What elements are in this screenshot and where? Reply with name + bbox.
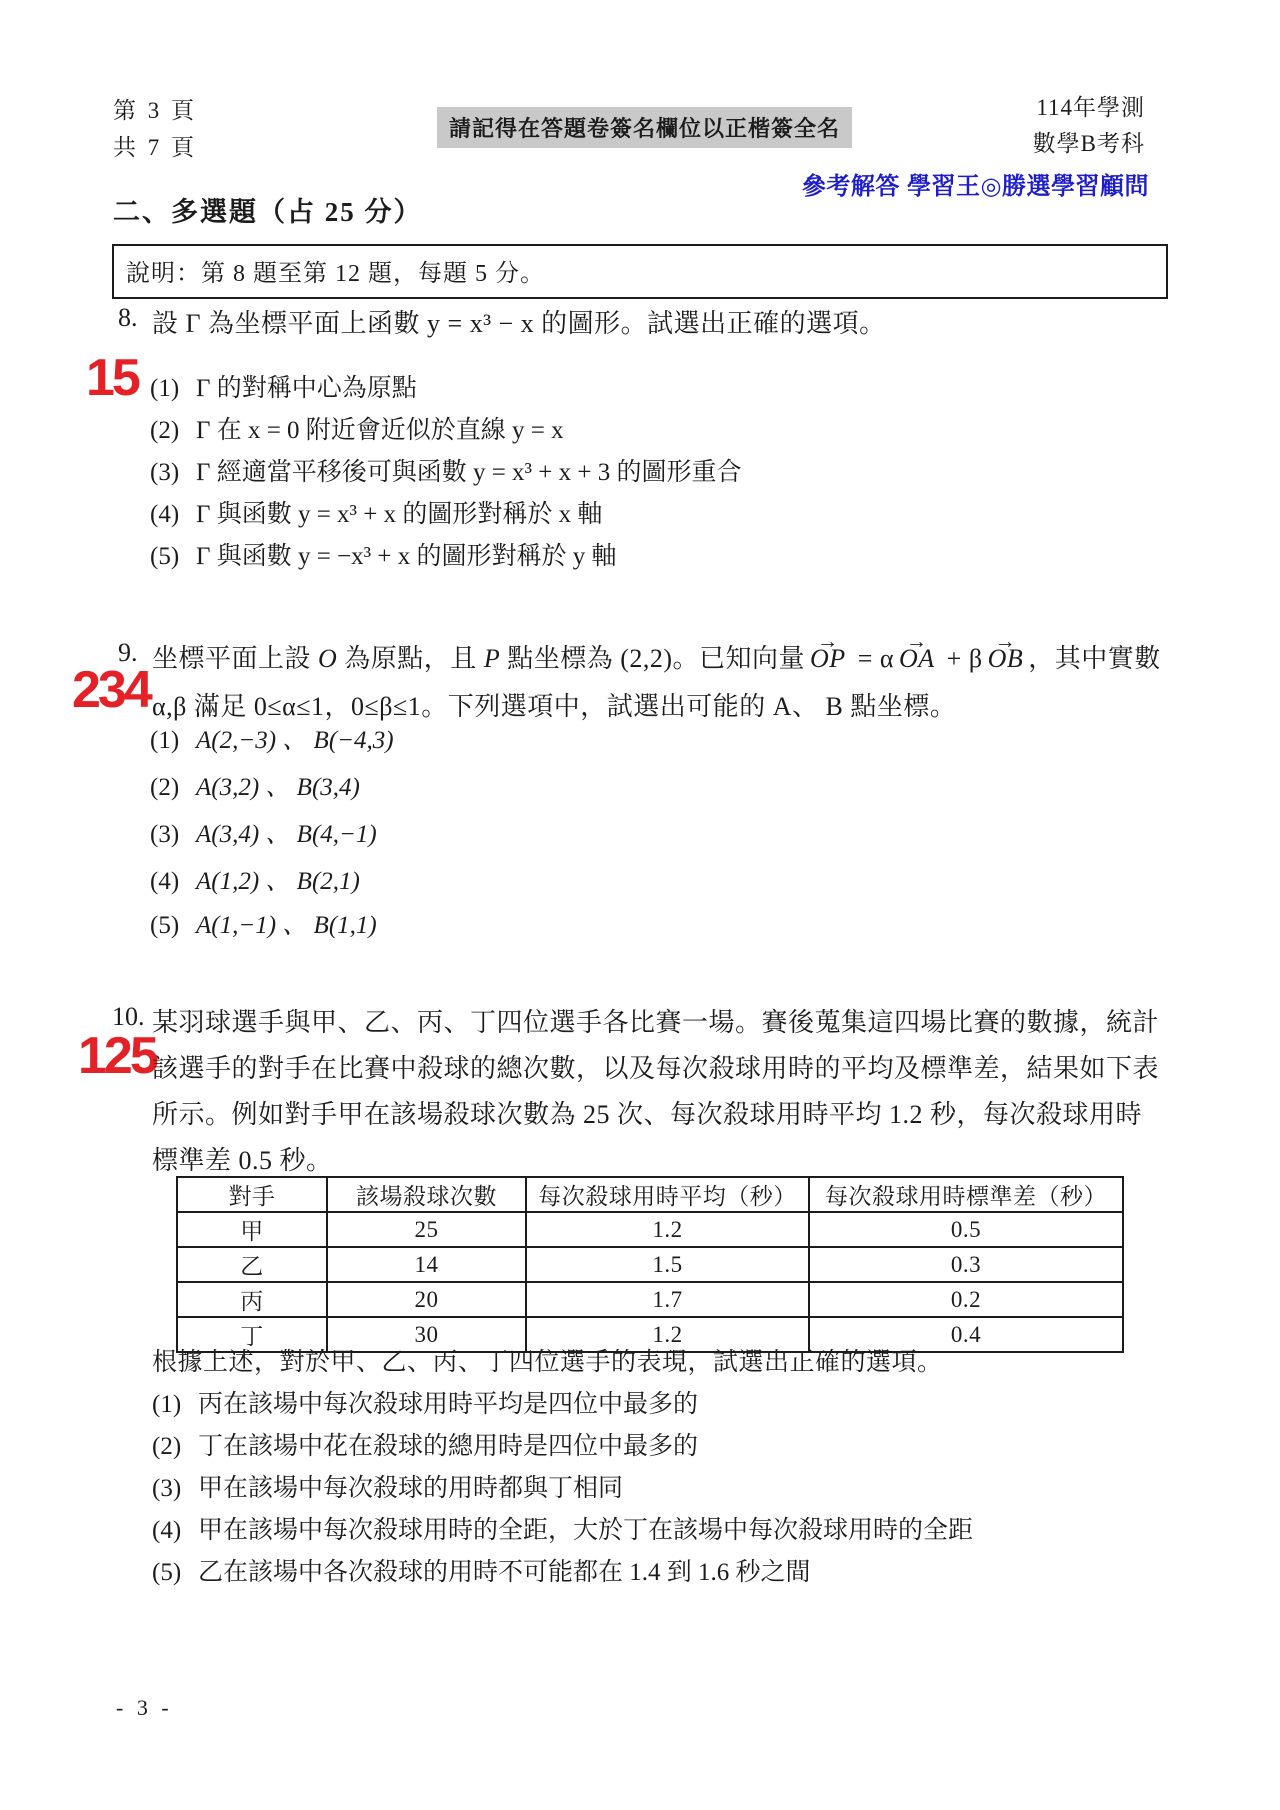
option-text: A(3,2) 、 B(3,4) (196, 774, 360, 801)
question-stem-q10-line3: 所示。例如對手甲在該場殺球次數為 25 次、每次殺球用時平均 1.2 秒，每次殺… (152, 1094, 1142, 1131)
option-row-q9-4: (4)A(1,2) 、 B(2,1) (150, 861, 360, 897)
table-header-row: 對手 該場殺球次數 每次殺球用時平均（秒） 每次殺球用時標準差（秒） (177, 1177, 1123, 1212)
option-label: (2) (150, 417, 196, 445)
option-row-q10-3: (3)甲在該場中每次殺球的用時都與丁相同 (152, 1468, 623, 1504)
exam-page: 第 3 頁 共 7 頁 請記得在答題卷簽名欄位以正楷簽全名 114年學測 數學B… (0, 0, 1280, 1810)
option-label: (3) (152, 1475, 198, 1503)
vector-ob: OB (987, 644, 1025, 674)
option-text: 丙在該場中每次殺球用時平均是四位中最多的 (198, 1391, 698, 1418)
question-lead-q10: 根據上述，對於甲、乙、丙、丁四位選手的表現，試選出正確的選項。 (152, 1342, 943, 1378)
table-header-cell: 該場殺球次數 (327, 1177, 526, 1212)
question-stem-q10-line4: 標準差 0.5 秒。 (152, 1140, 333, 1177)
option-text: 甲在該場中每次殺球用時的全距，大於丁在該場中每次殺球用時的全距 (198, 1517, 973, 1544)
table-cell: 25 (327, 1212, 526, 1247)
option-text: Γ 與函數 y = x³ + x 的圖形對稱於 x 軸 (196, 501, 602, 528)
vector-oa: OA (898, 644, 936, 674)
stem-text: = α (851, 644, 894, 673)
option-row-q10-2: (2)丁在該場中花在殺球的總用時是四位中最多的 (152, 1426, 698, 1462)
table-cell: 20 (327, 1282, 526, 1317)
option-row-q8-1: (1)Γ 的對稱中心為原點 (150, 368, 417, 404)
question-stem-q10-line1: 某羽球選手與甲、乙、丙、丁四位選手各比賽一場。賽後蒐集這四場比賽的數據，統計 (152, 1002, 1159, 1039)
table-cell: 乙 (177, 1247, 327, 1282)
instruction-text: 說明：第 8 題至第 12 題，每題 5 分。 (126, 261, 545, 287)
answer-annotation-q8: 15 (86, 352, 138, 404)
stem-text: 坐標平面上設 (152, 644, 318, 673)
table-header-cell: 每次殺球用時標準差（秒） (809, 1177, 1123, 1212)
option-text: A(1,−1) 、 B(1,1) (196, 912, 377, 939)
table-header-cell: 每次殺球用時平均（秒） (526, 1177, 809, 1212)
table-header-cell: 對手 (177, 1177, 327, 1212)
question-stem-q10-line2: 該選手的對手在比賽中殺球的總次數，以及每次殺球用時的平均及標準差，結果如下表 (152, 1048, 1159, 1085)
option-label: (3) (150, 459, 196, 487)
table-cell: 0.2 (809, 1282, 1123, 1317)
table-cell: 丙 (177, 1282, 327, 1317)
option-label: (5) (150, 543, 196, 571)
option-label: (5) (152, 1559, 198, 1587)
table-cell: 0.3 (809, 1247, 1123, 1282)
stem-text: 點坐標為 (2,2)。已知向量 (500, 644, 805, 673)
table-cell: 甲 (177, 1212, 327, 1247)
option-label: (1) (150, 727, 196, 755)
option-label: (4) (150, 501, 196, 529)
option-row-q10-4: (4)甲在該場中每次殺球用時的全距，大於丁在該場中每次殺球用時的全距 (152, 1510, 973, 1546)
option-label: (4) (152, 1517, 198, 1545)
section-title: 二、多選題（占 25 分） (113, 190, 423, 229)
page-total-line: 共 7 頁 (113, 129, 197, 166)
point-o: O (318, 644, 337, 673)
smash-stats-table: 對手 該場殺球次數 每次殺球用時平均（秒） 每次殺球用時標準差（秒） 甲 25 … (176, 1176, 1124, 1353)
stem-text: + β (940, 644, 983, 673)
exam-session-label: 114年學測 (1033, 90, 1145, 126)
table-row: 丙 20 1.7 0.2 (177, 1282, 1123, 1317)
answer-key-watermark: 參考解答 學習王◎勝選學習顧問 (802, 166, 1149, 201)
option-label: (1) (150, 375, 196, 403)
option-text: Γ 在 x = 0 附近會近似於直線 y = x (196, 417, 564, 444)
option-label: (4) (150, 868, 196, 896)
question-number-q8: 8. (118, 303, 138, 333)
question-stem-q9-line2: α,β 滿足 0≤α≤1，0≤β≤1。下列選項中，試選出可能的 A、 B 點坐標… (152, 686, 956, 723)
option-label: (2) (150, 774, 196, 802)
page-footer: - 3 - (116, 1695, 173, 1721)
page-indicator: 第 3 頁 共 7 頁 (113, 92, 197, 166)
option-row-q10-5: (5)乙在該場中各次殺球的用時不可能都在 1.4 到 1.6 秒之間 (152, 1552, 811, 1588)
question-stem-q9-line1: 坐標平面上設 O 為原點，且 P 點坐標為 (2,2)。已知向量OP = αOA… (152, 638, 1161, 675)
table-row: 甲 25 1.2 0.5 (177, 1212, 1123, 1247)
table-cell: 1.2 (526, 1212, 809, 1247)
option-row-q8-4: (4)Γ 與函數 y = x³ + x 的圖形對稱於 x 軸 (150, 494, 602, 530)
stem-text: ，其中實數 (1028, 644, 1161, 673)
exam-title-block: 114年學測 數學B考科 (1033, 90, 1145, 162)
question-number-q9: 9. (118, 638, 138, 668)
option-row-q9-5: (5)A(1,−1) 、 B(1,1) (150, 905, 377, 941)
option-row-q10-1: (1)丙在該場中每次殺球用時平均是四位中最多的 (152, 1384, 698, 1420)
signature-reminder-note: 請記得在答題卷簽名欄位以正楷簽全名 (437, 107, 852, 148)
option-label: (2) (152, 1433, 198, 1461)
option-text: A(2,−3) 、 B(−4,3) (196, 727, 394, 754)
page-number-line: 第 3 頁 (113, 92, 197, 129)
option-text: 甲在該場中每次殺球的用時都與丁相同 (198, 1475, 623, 1502)
answer-annotation-q10: 125 (78, 1030, 156, 1082)
option-text: Γ 與函數 y = −x³ + x 的圖形對稱於 y 軸 (196, 543, 617, 570)
option-row-q8-3: (3)Γ 經適當平移後可與函數 y = x³ + x + 3 的圖形重合 (150, 452, 742, 488)
exam-subject-label: 數學B考科 (1033, 126, 1145, 162)
option-row-q9-1: (1)A(2,−3) 、 B(−4,3) (150, 720, 394, 756)
vector-op: OP (809, 644, 847, 674)
table-row: 乙 14 1.5 0.3 (177, 1247, 1123, 1282)
option-text: Γ 經適當平移後可與函數 y = x³ + x + 3 的圖形重合 (196, 459, 742, 486)
table-cell: 1.5 (526, 1247, 809, 1282)
option-label: (1) (152, 1391, 198, 1419)
option-row-q8-2: (2)Γ 在 x = 0 附近會近似於直線 y = x (150, 410, 564, 446)
instruction-box: 說明：第 8 題至第 12 題，每題 5 分。 (112, 244, 1168, 299)
table-cell: 1.7 (526, 1282, 809, 1317)
table-cell: 0.5 (809, 1212, 1123, 1247)
option-text: 丁在該場中花在殺球的總用時是四位中最多的 (198, 1433, 698, 1460)
option-label: (5) (150, 912, 196, 940)
question-stem-q8: 設 Γ 為坐標平面上函數 y = x³ − x 的圖形。試選出正確的選項。 (152, 303, 886, 340)
option-text: A(1,2) 、 B(2,1) (196, 868, 360, 895)
option-text: 乙在該場中各次殺球的用時不可能都在 1.4 到 1.6 秒之間 (198, 1559, 811, 1586)
option-row-q9-3: (3)A(3,4) 、 B(4,−1) (150, 814, 377, 850)
question-number-q10: 10. (112, 1002, 145, 1032)
option-label: (3) (150, 821, 196, 849)
option-text: Γ 的對稱中心為原點 (196, 375, 417, 402)
answer-annotation-q9: 234 (72, 664, 150, 716)
table-cell: 14 (327, 1247, 526, 1282)
point-p: P (484, 644, 500, 673)
option-row-q8-5: (5)Γ 與函數 y = −x³ + x 的圖形對稱於 y 軸 (150, 536, 617, 572)
stem-text: 為原點，且 (337, 644, 484, 673)
option-row-q9-2: (2)A(3,2) 、 B(3,4) (150, 767, 360, 803)
option-text: A(3,4) 、 B(4,−1) (196, 821, 377, 848)
